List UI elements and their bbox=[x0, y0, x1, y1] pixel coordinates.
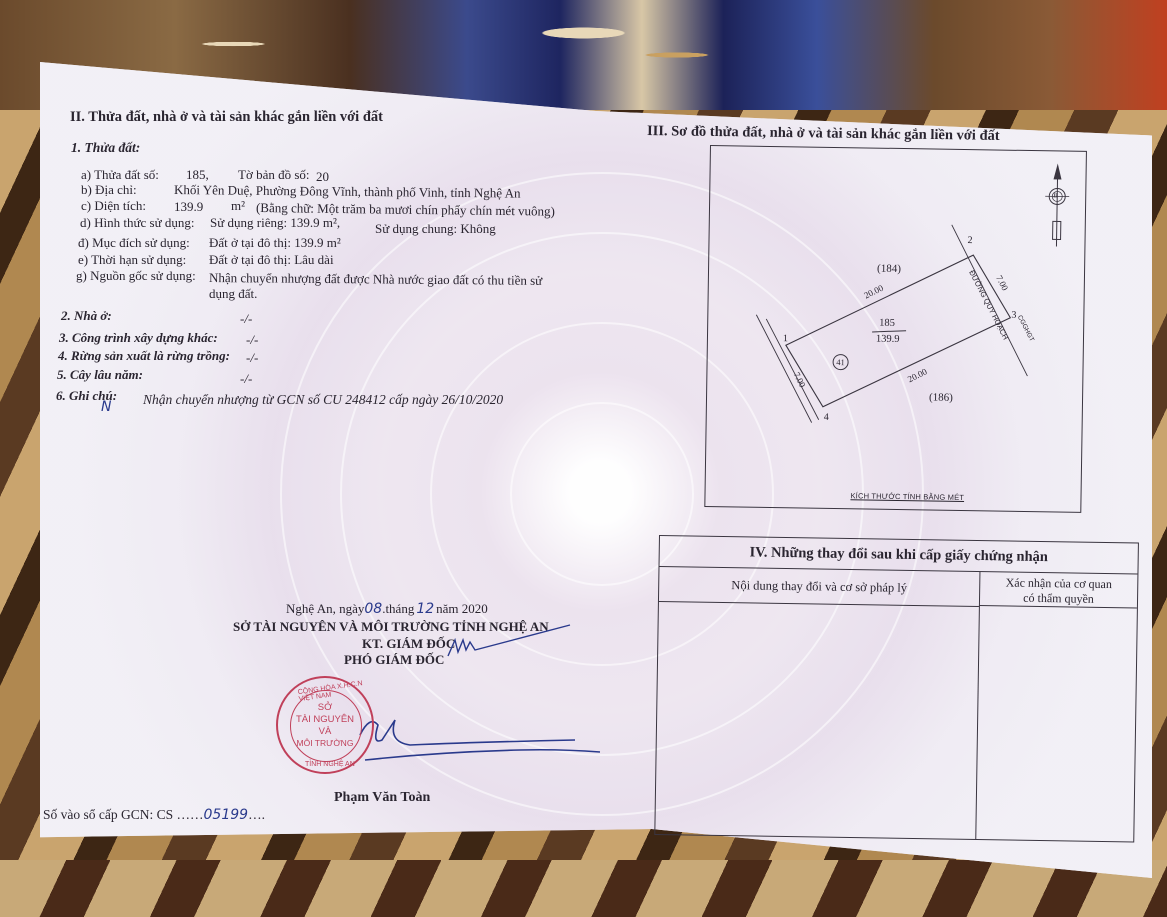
registry-dots-after: …. bbox=[248, 807, 265, 822]
registry-number: Số vào sổ cấp GCN: CS ……05199…. bbox=[43, 808, 265, 822]
signature-strokes bbox=[0, 0, 1167, 917]
stamp-line-3: VÀ bbox=[278, 726, 372, 737]
stamp-line-4: MÔI TRƯỜNG bbox=[278, 738, 372, 748]
signer-name: Phạm Văn Toàn bbox=[334, 791, 430, 805]
stamp-bottom-text: TỈNH NGHỆ AN bbox=[305, 761, 355, 768]
registry-dots-before: …… bbox=[177, 807, 204, 822]
registry-label: Số vào sổ cấp GCN: CS bbox=[43, 807, 173, 822]
official-stamp: CỘNG HÒA X.H.C.N VIỆT NAM SỞ TÀI NGUYÊN … bbox=[276, 676, 374, 774]
stamp-line-1: SỞ bbox=[278, 702, 372, 713]
registry-number-handwritten: 05199 bbox=[204, 807, 249, 823]
stamp-line-2: TÀI NGUYÊN bbox=[278, 714, 372, 725]
